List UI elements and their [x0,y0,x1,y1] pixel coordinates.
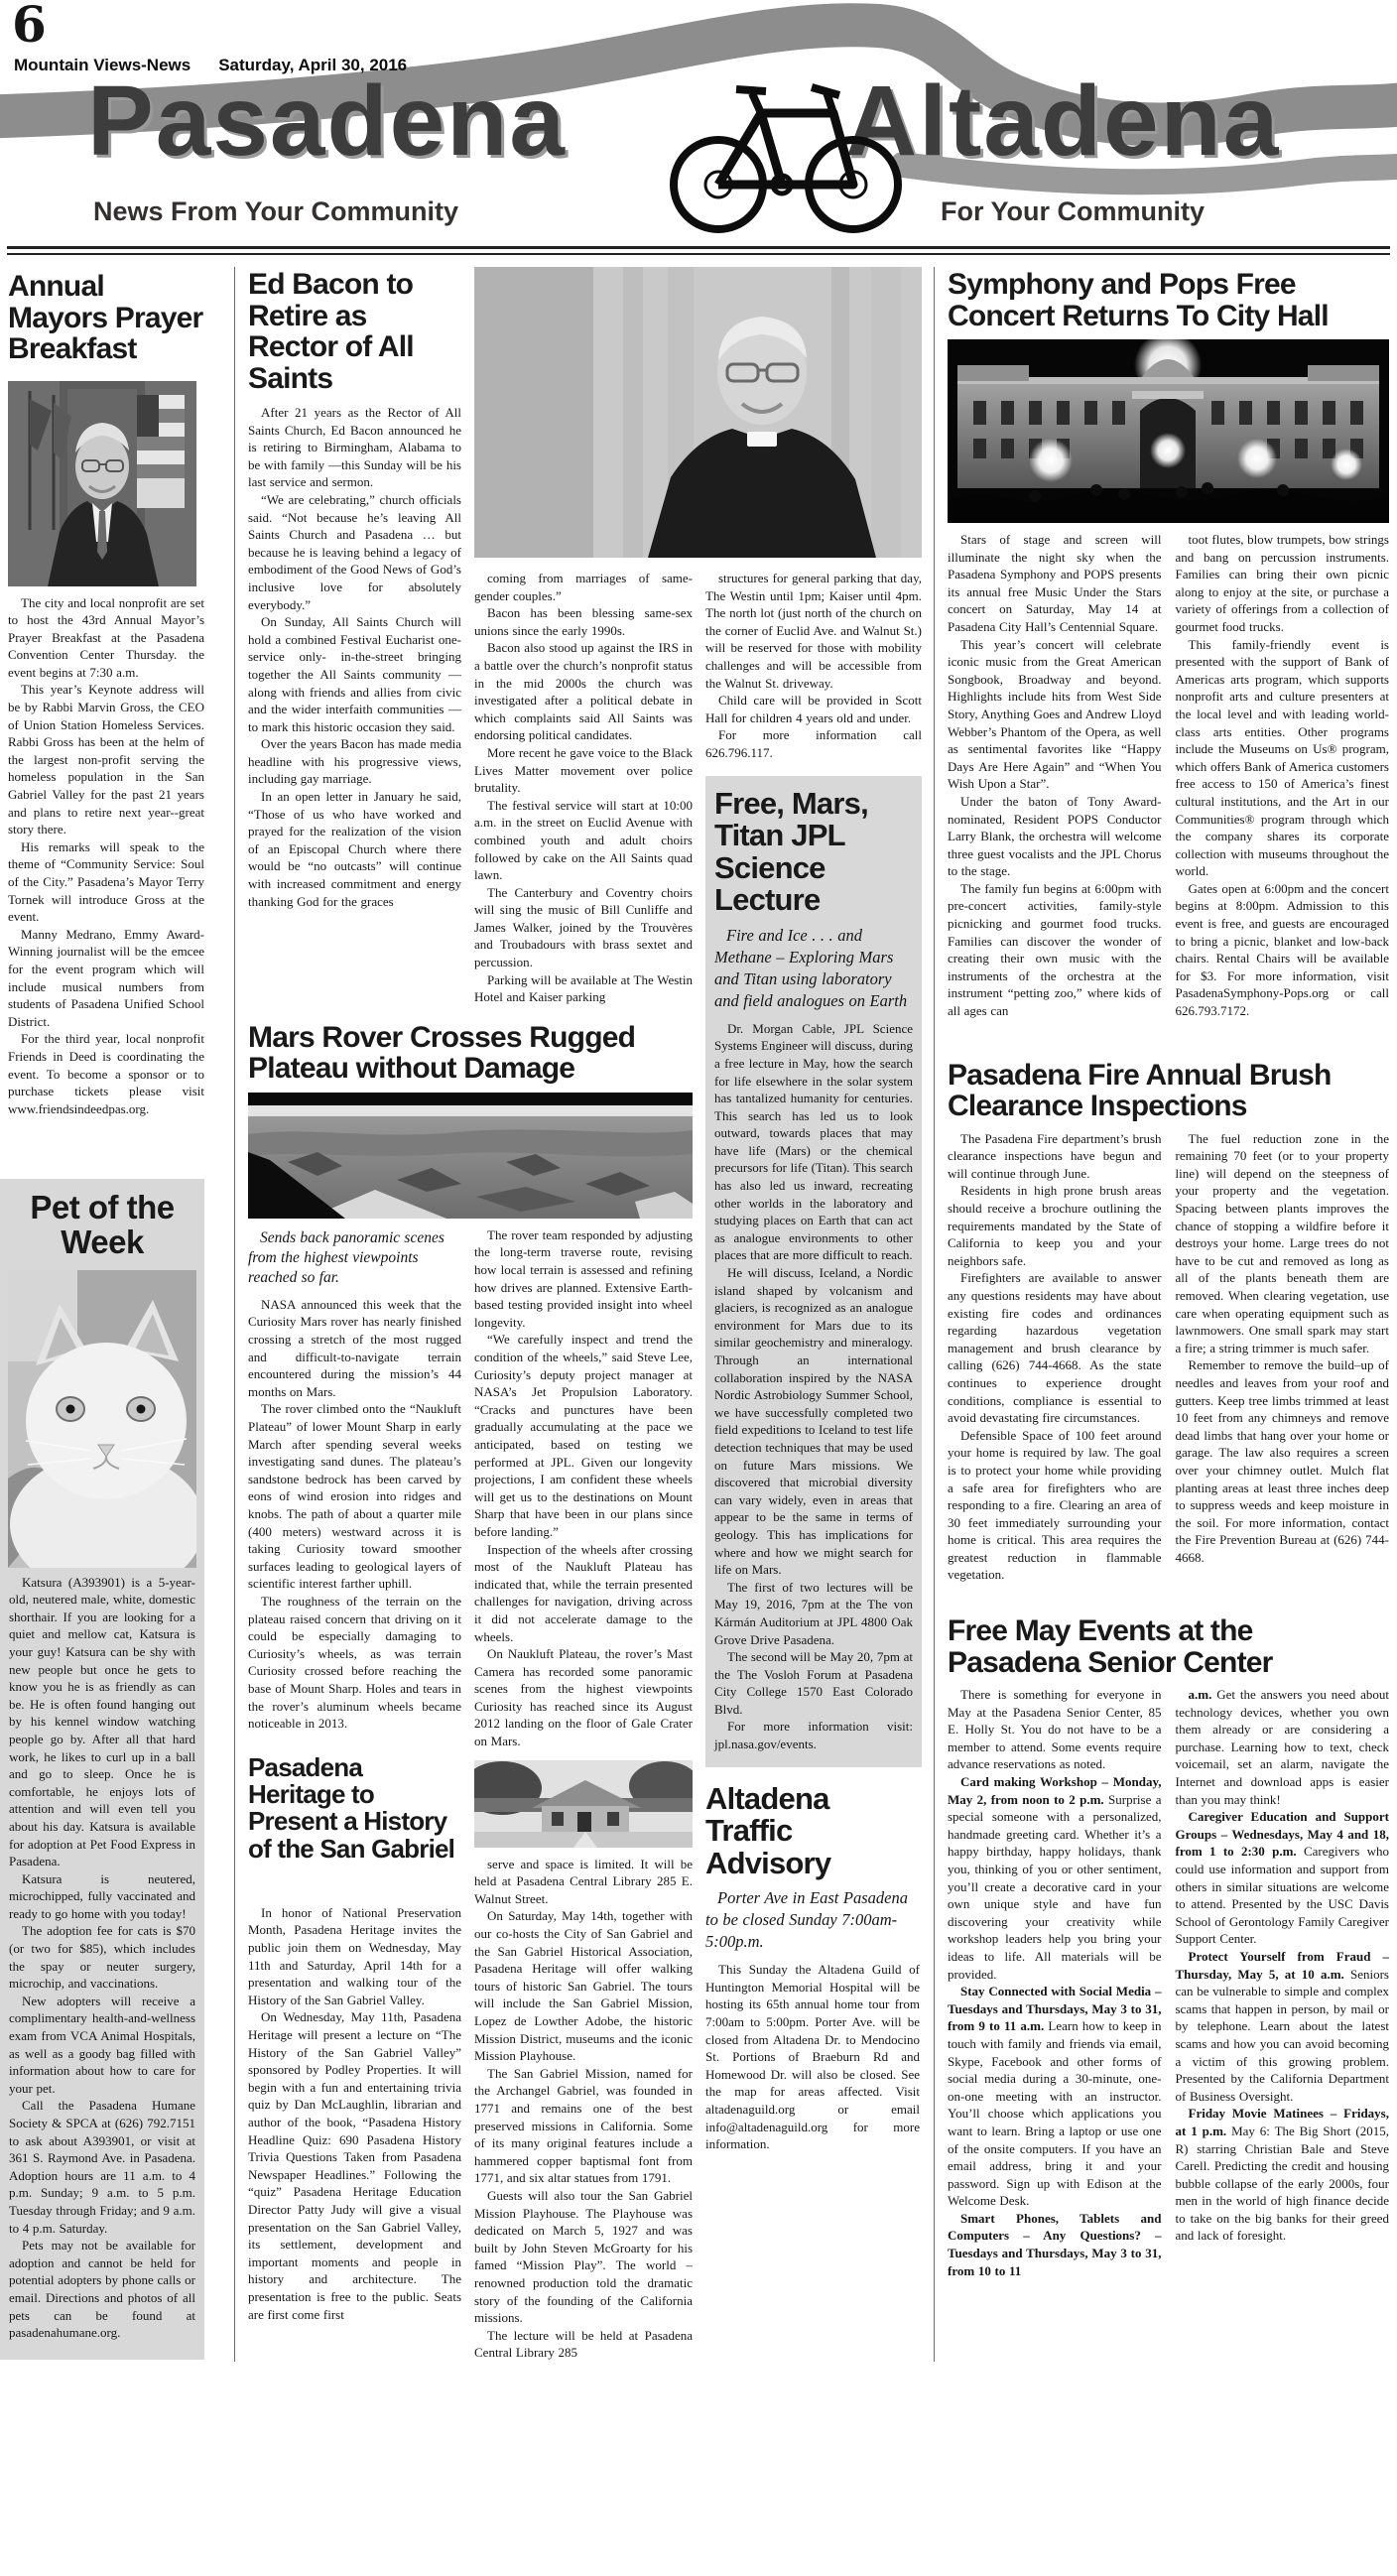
paragraph: The rover team responded by adjusting th… [474,1226,693,1332]
paragraph: Child care will be provided in Scott Hal… [705,692,922,726]
symphony-columns: Stars of stage and screen will illuminat… [948,531,1389,1020]
article-jpl-lecture: Free, Mars, Titan JPL Science Lecture Fi… [705,776,922,1767]
newspaper-page: 6 Mountain Views-NewsSaturday, April 30,… [0,0,1397,2362]
article-mars-rover: Mars Rover Crosses Rugged Plateau withou… [248,1022,693,2362]
article-fire-inspections: Pasadena Fire Annual Brush Clearance Ins… [948,1060,1389,1584]
paragraph: Defensible Space of 100 feet around your… [948,1427,1162,1584]
paragraph: Inspection of the wheels after crossing … [474,1541,693,1646]
paragraph: serve and space is limited. It will be h… [474,1856,693,1908]
jpl-body: Dr. Morgan Cable, JPL Science Systems En… [714,1020,913,1753]
masthead-tagline-left: News From Your Community [93,196,458,227]
article-altadena-traffic: Altadena Traffic Advisory Porter Ave in … [705,1783,922,2153]
us-flag [137,395,185,508]
paragraph: The adoption fee for cats is $70 (or two… [9,1922,195,1992]
paragraph: Over the years Bacon has made media head… [248,735,461,788]
page-number: 6 [12,0,47,50]
paragraph: Guests will also tour the San Gabriel Mi… [474,2187,693,2327]
paragraph: Call the Pasadena Humane Society & SPCA … [9,2097,195,2237]
middle-right-column: structures for general parking that day,… [705,267,922,2362]
mars-column-1: Sends back panoramic scenes from the hig… [248,1226,461,2362]
heritage-body-1: In honor of National Preservation Month,… [248,1904,461,2323]
paragraph: Pets may not be available for adoption a… [9,2237,195,2342]
headline-fire-inspections: Pasadena Fire Annual Brush Clearance Ins… [948,1060,1389,1122]
headline-pet-of-week: Pet of the Week [0,1179,204,1259]
paragraph: Gates open at 6:00pm and the concert beg… [1176,880,1390,1020]
paragraph: For the third year, local nonprofit Frie… [8,1030,204,1117]
paragraph: For more information call 626.796.117. [705,726,922,761]
paragraph: Stars of stage and screen will illuminat… [948,531,1162,636]
san-gabriel-house-photo [474,1760,693,1848]
senior-body-1: There is something for everyone in May a… [948,1686,1162,2279]
mayor-photo [8,381,196,586]
paragraph: The first of two lectures will be May 19… [714,1579,913,1648]
jpl-lede: Fire and Ice . . . and Methane – Explori… [714,925,913,1012]
bacon-body-1: After 21 years as the Rector of All Sain… [248,404,461,910]
column-divider-right [934,267,935,2362]
paragraph: toot flutes, blow trumpets, bow strings … [1176,531,1390,636]
paragraph: The rover climbed onto the “Naukluft Pla… [248,1400,461,1593]
paragraph: On Sunday, All Saints Church will hold a… [248,613,461,735]
paragraph: New adopters will receive a complimentar… [9,1993,195,2098]
paragraph: On Wednesday, May 11th, Pasadena Heritag… [248,2008,461,2323]
mars-columns: Sends back panoramic scenes from the hig… [248,1226,693,2362]
paragraph: His remarks will speak to the theme of “… [8,838,204,926]
article-symphony-pops: Symphony and Pops Free Concert Returns T… [948,269,1389,1020]
headline-senior-center: Free May Events at the Pasadena Senior C… [948,1615,1389,1678]
paragraph: The festival service will start at 10:00… [474,797,693,884]
fire-body-2: The fuel reduction zone in the remaining… [1176,1130,1390,1584]
bicycle-icon [667,64,905,240]
headline-symphony-pops: Symphony and Pops Free Concert Returns T… [948,269,1389,331]
paragraph: He will discuss, Iceland, a Nordic islan… [714,1264,913,1579]
paragraph: Under the baton of Tony Award-nominated,… [948,793,1162,880]
paragraph: This year’s Keynote address will be by R… [8,681,204,837]
paragraph: This family-friendly event is presented … [1176,636,1390,880]
paragraph: “We are celebrating,” church officials s… [248,491,461,613]
page-content: Annual Mayors Prayer Breakfast [0,255,1397,2362]
paragraph: More recent he gave voice to the Black L… [474,744,693,797]
headline-altadena-traffic: Altadena Traffic Advisory [705,1783,920,1880]
senior-columns: There is something for everyone in May a… [948,1686,1389,2279]
article-mayors-breakfast: Annual Mayors Prayer Breakfast [8,271,204,1117]
masthead-word-altadena: Altadena [845,71,1287,171]
paragraph: Residents in high prone brush areas shou… [948,1182,1162,1269]
mars-body-2: The rover team responded by adjusting th… [474,1226,693,1750]
paragraph: Dr. Morgan Cable, JPL Science Systems En… [714,1020,913,1264]
bacon-column-1: Ed Bacon to Retire as Rector of All Sain… [248,267,461,1006]
heritage-body-2: serve and space is limited. It will be h… [474,1856,693,2362]
headline-mars-rover: Mars Rover Crosses Rugged Plateau withou… [248,1022,693,1085]
column-middle: Ed Bacon to Retire as Rector of All Sain… [248,267,922,2362]
dateline: Mountain Views-NewsSaturday, April 30, 2… [14,56,407,75]
paragraph: Firefighters are available to answer any… [948,1269,1162,1426]
paragraph: The Canterbury and Coventry choirs will … [474,884,693,971]
bacon-body-3: structures for general parking that day,… [705,570,922,762]
senior-body-2: a.m. Get the answers you need about tech… [1176,1686,1390,2279]
paragraph: Manny Medrano, Emmy Award-Winning journa… [8,926,204,1031]
mars-column-2: The rover team responded by adjusting th… [474,1226,693,2362]
paragraph: The city and local nonprofit are set to … [8,594,204,682]
paper-name: Mountain Views-News [14,56,190,74]
paragraph: The Pasadena Fire department’s brush cle… [948,1130,1162,1183]
paragraph: For more information visit: jpl.nasa.gov… [714,1718,913,1752]
mars-body-1: NASA announced this week that the Curios… [248,1296,461,1733]
paragraph: This year’s concert will celebrate iconi… [948,636,1162,793]
paragraph: Smart Phones, Tablets and Computers – An… [948,2210,1162,2279]
middle-left-columns: Ed Bacon to Retire as Rector of All Sain… [248,267,693,2362]
issue-date: Saturday, April 30, 2016 [218,56,407,74]
altadena-body: This Sunday the Altadena Guild of Huntin… [705,1961,920,2153]
altadena-lede: Porter Ave in East Pasadena to be closed… [705,1887,920,1953]
pet-article-body: Katsura (A393901) is a 5-year-old, neute… [0,1574,204,2342]
ed-bacon-photo [474,267,922,558]
paragraph: The fuel reduction zone in the remaining… [1176,1130,1390,1357]
headline-mayors-breakfast: Annual Mayors Prayer Breakfast [8,271,204,365]
paragraph: This Sunday the Altadena Guild of Huntin… [705,1961,920,2153]
paragraph: a.m. Get the answers you need about tech… [1176,1686,1390,1808]
headline-ed-bacon: Ed Bacon to Retire as Rector of All Sain… [248,269,461,394]
paragraph: Card making Workshop – Monday, May 2, fr… [948,1773,1162,1983]
paragraph: “We carefully inspect and trend the cond… [474,1331,693,1540]
paragraph: The family fun begins at 6:00pm with pre… [948,880,1162,1020]
paragraph: Caregiver Education and Support Groups –… [1176,1808,1390,1948]
paragraph: Stay Connected with Social Media – Tuesd… [948,1983,1162,2210]
cat-photo [8,1270,196,1568]
paragraph: Bacon has been blessing same-sex unions … [474,604,693,639]
paragraph: The lecture will be held at Pasadena Cen… [474,2327,693,2362]
bacon-body-2: coming from marriages of same-gender cou… [474,570,693,1006]
paragraph: The roughness of the terrain on the plat… [248,1593,461,1733]
masthead: 6 Mountain Views-NewsSaturday, April 30,… [0,0,1397,246]
paragraph: Bacon also stood up against the IRS in a… [474,639,693,744]
paragraph: coming from marriages of same-gender cou… [474,570,693,604]
city-hall-night-photo [948,339,1389,523]
paragraph: Remember to remove the build–up of needl… [1176,1356,1390,1566]
headline-pasadena-heritage: Pasadena Heritage to Present a History o… [248,1754,461,1863]
fire-body-1: The Pasadena Fire department’s brush cle… [948,1130,1162,1584]
paragraph: The second will be May 20, 7pm at the Th… [714,1648,913,1718]
paragraph: On Saturday, May 14th, together with our… [474,1907,693,2064]
paragraph: Katsura (A393901) is a 5-year-old, neute… [9,1574,195,1870]
article-pet-of-the-week: Pet of the Week [0,1179,204,2359]
symphony-body-2: toot flutes, blow trumpets, bow strings … [1176,531,1390,1020]
paragraph: structures for general parking that day,… [705,570,922,692]
paragraph: After 21 years as the Rector of All Sain… [248,404,461,491]
paragraph: The San Gabriel Mission, named for the A… [474,2065,693,2187]
paragraph: NASA announced this week that the Curios… [248,1296,461,1401]
paragraph: In honor of National Preservation Month,… [248,1904,461,2009]
symphony-body-1: Stars of stage and screen will illuminat… [948,531,1162,1020]
masthead-double-rule [7,246,1390,255]
paragraph: On Naukluft Plateau, the rover’s Mast Ca… [474,1645,693,1750]
column-divider-left [234,267,235,2362]
paragraph: Parking will be available at The Westin … [474,971,693,1006]
paragraph: In an open letter in January he said, “T… [248,788,461,910]
masthead-tagline-right: For Your Community [941,196,1382,227]
paragraph: Friday Movie Matinees – Fridays, at 1 p.… [1176,2105,1390,2245]
paragraph: Katsura is neutered, microchipped, fully… [9,1870,195,1923]
paragraph: Protect Yourself from Fraud – Thursday, … [1176,1948,1390,2105]
article-senior-center-events: Free May Events at the Pasadena Senior C… [948,1615,1389,2279]
fire-columns: The Pasadena Fire department’s brush cle… [948,1130,1389,1584]
column-right: Symphony and Pops Free Concert Returns T… [948,267,1389,2362]
mayors-article-body: The city and local nonprofit are set to … [8,594,204,1118]
column-left: Annual Mayors Prayer Breakfast [8,267,204,2362]
masthead-word-pasadena: Pasadena [87,71,567,171]
mars-lede: Sends back panoramic scenes from the hig… [248,1228,461,1288]
paragraph: There is something for everyone in May a… [948,1686,1162,1773]
headline-jpl-lecture: Free, Mars, Titan JPL Science Lecture [714,788,913,917]
mars-panorama-photo [248,1093,693,1219]
